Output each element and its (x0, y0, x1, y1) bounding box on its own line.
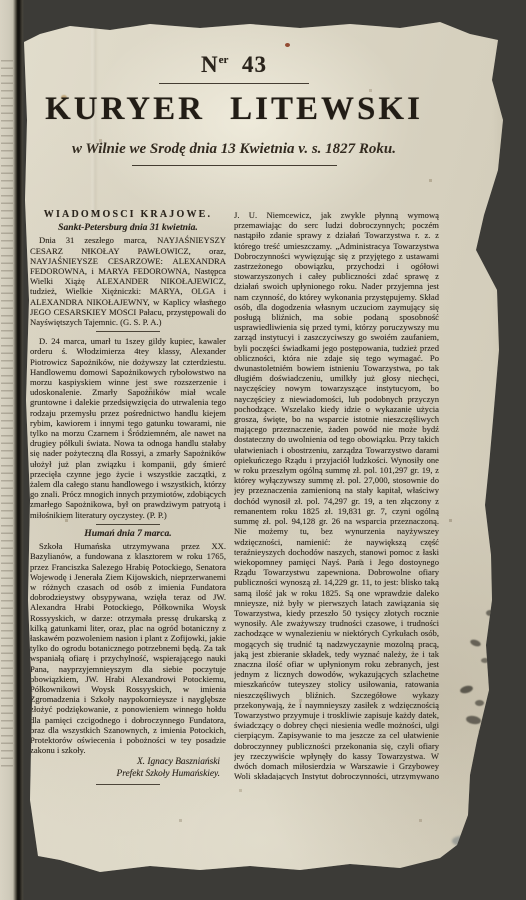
issue-number: Ner 43 (30, 52, 438, 78)
ink-smudge (479, 729, 486, 734)
ink-smudge (481, 658, 489, 663)
section-rule (96, 331, 160, 332)
header-rule-bottom (132, 165, 337, 166)
left-column: WIADOMOŚCI KRAJOWE. Sankt-Petersburg dni… (30, 210, 226, 785)
body-columns: WIADOMOŚCI KRAJOWE. Sankt-Petersburg dni… (30, 210, 439, 785)
article-paragraph: D. 24 marca, umarł tu 1szey gildy kupiec… (30, 336, 226, 520)
ink-smudge (459, 684, 473, 694)
red-speck-stain (285, 43, 290, 47)
newspaper-page: Ner 43 KURYER LITEWSKI w Wilnie we Srodę… (0, 0, 526, 900)
ink-smudge (486, 610, 494, 616)
right-column: J. U. Niemcewicz, jak zwykle płynną wymo… (234, 210, 439, 780)
masthead-dateline: w Wilnie we Srodę dnia 13 Kwietnia v. s.… (30, 141, 438, 158)
masthead-title: KURYER LITEWSKI (30, 91, 438, 128)
section-heading-wiadomosci: WIADOMOŚCI KRAJOWE. (30, 210, 226, 220)
binding-gutter-shadow (13, 0, 24, 900)
ink-smudge (469, 638, 481, 647)
blue-ink-smudge (452, 836, 471, 846)
ink-smudge (465, 715, 481, 725)
article-dateline-petersburg: Sankt-Petersburg dnia 31 kwietnia. (30, 223, 226, 233)
adjacent-page-text-lines (1, 60, 13, 770)
article-paragraph: Dnia 31 zeszłego marca, NAYJAŚNIEYSZY CE… (30, 235, 226, 327)
article-paragraph-continuation: J. U. Niemcewicz, jak zwykle płynną wymo… (234, 210, 439, 780)
signature-name: X. Ignacy Baszniański (30, 757, 220, 769)
signature-block: X. Ignacy Baszniański Prefekt Szkoły Hum… (30, 757, 226, 780)
article-dateline-human: Humań dnia 7 marca. (30, 529, 226, 539)
ink-smudge (475, 700, 484, 706)
section-rule (96, 784, 160, 785)
section-rule (96, 524, 160, 525)
masthead: Ner 43 KURYER LITEWSKI w Wilnie we Srodę… (30, 52, 438, 166)
article-paragraph: Szkoła Humańska utrzymywana przez XX. Ba… (30, 541, 226, 755)
header-rule-top (159, 83, 309, 84)
signature-title: Prefekt Szkoły Humańskiey. (30, 769, 220, 781)
issue-number-value: 43 (242, 52, 267, 77)
scan-background: { "masthead": { "issue_label": "N", "iss… (0, 0, 526, 900)
issue-label-superscript: er (219, 54, 229, 66)
issue-label: N (201, 52, 219, 77)
